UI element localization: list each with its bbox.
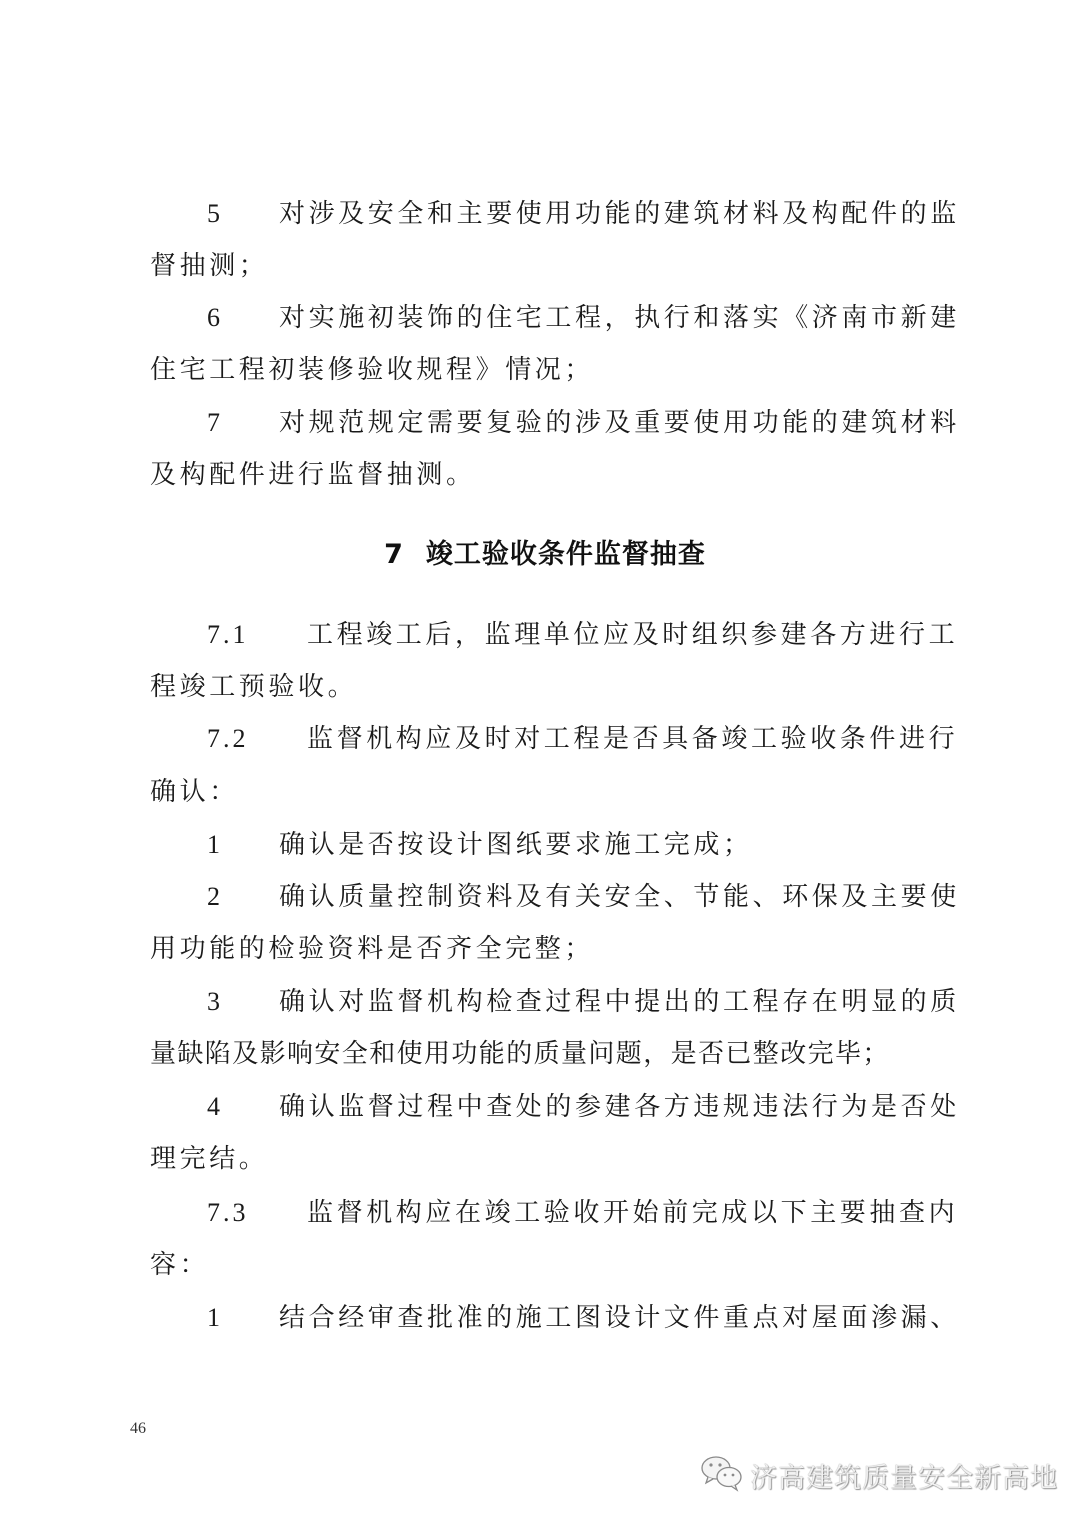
list-item-5-continuation: 督抽测；	[150, 246, 940, 286]
list-item-2-continuation: 用功能的检验资料是否齐全完整；	[150, 929, 940, 969]
item-text: 确认质量控制资料及有关安全、节能、环保及主要使	[279, 882, 960, 912]
item-number: 7	[207, 403, 279, 443]
clause-text: 确认：	[150, 777, 239, 807]
list-item-7-continuation: 及构配件进行监督抽测。	[150, 455, 940, 495]
section-title: 竣工验收条件监督抽查	[426, 539, 706, 570]
list-item-3-continuation: 量缺陷及影响安全和使用功能的质量问题，是否已整改完毕；	[150, 1034, 940, 1074]
list-item-1b: 1结合经审查批准的施工图设计文件重点对屋面渗漏、	[150, 1298, 940, 1338]
clause-7-1: 7.1工程竣工后，监理单位应及时组织参建各方进行工	[150, 615, 940, 655]
item-text: 用功能的检验资料是否齐全完整；	[150, 934, 594, 964]
item-text: 确认对监督机构检查过程中提出的工程存在明显的质	[279, 987, 960, 1017]
clause-text: 监督机构应及时对工程是否具备竣工验收条件进行	[307, 724, 958, 754]
list-item-1: 1确认是否按设计图纸要求施工完成；	[150, 825, 940, 865]
clause-number: 7.2	[207, 719, 307, 759]
item-text: 量缺陷及影响安全和使用功能的质量问题，是否已整改完毕；	[150, 1039, 890, 1069]
clause-text: 监督机构应在竣工验收开始前完成以下主要抽查内	[307, 1198, 958, 1228]
section-heading: 7竣工验收条件监督抽查	[150, 535, 940, 575]
item-text: 及构配件进行监督抽测。	[150, 460, 476, 490]
clause-number: 7.3	[207, 1193, 307, 1233]
clause-text: 容：	[150, 1250, 209, 1280]
clause-text: 程竣工预验收。	[150, 672, 357, 702]
section-number: 7	[384, 539, 404, 570]
page-number: 46	[130, 1420, 146, 1438]
item-text: 对涉及安全和主要使用功能的建筑材料及构配件的监	[279, 199, 960, 229]
item-number: 1	[207, 825, 279, 865]
clause-number: 7.1	[207, 615, 307, 655]
clause-text: 工程竣工后，监理单位应及时组织参建各方进行工	[307, 620, 958, 650]
clause-7-3-continuation: 容：	[150, 1245, 940, 1285]
clause-7-3: 7.3监督机构应在竣工验收开始前完成以下主要抽查内	[150, 1193, 940, 1233]
clause-7-2: 7.2监督机构应及时对工程是否具备竣工验收条件进行	[150, 719, 940, 759]
item-text: 理完结。	[150, 1144, 268, 1174]
list-item-5: 5对涉及安全和主要使用功能的建筑材料及构配件的监	[150, 194, 940, 234]
watermark-text: 济高建筑质量安全新高地	[750, 1456, 1058, 1495]
item-number: 4	[207, 1087, 279, 1127]
clause-7-2-continuation: 确认：	[150, 772, 940, 812]
item-number: 5	[207, 194, 279, 234]
item-number: 2	[207, 877, 279, 917]
item-number: 3	[207, 982, 279, 1022]
watermark: 济高建筑质量安全新高地	[700, 1453, 1058, 1497]
clause-7-1-continuation: 程竣工预验收。	[150, 667, 940, 707]
item-text: 对规范规定需要复验的涉及重要使用功能的建筑材料	[279, 408, 960, 438]
item-number: 6	[207, 298, 279, 338]
item-text: 对实施初装饰的住宅工程，执行和落实《济南市新建	[279, 303, 960, 333]
item-text: 督抽测；	[150, 251, 268, 281]
list-item-3: 3确认对监督机构检查过程中提出的工程存在明显的质	[150, 982, 940, 1022]
list-item-7: 7对规范规定需要复验的涉及重要使用功能的建筑材料	[150, 403, 940, 443]
list-item-6: 6对实施初装饰的住宅工程，执行和落实《济南市新建	[150, 298, 940, 338]
document-page: 5对涉及安全和主要使用功能的建筑材料及构配件的监 督抽测； 6对实施初装饰的住宅…	[0, 0, 1080, 1527]
list-item-4: 4确认监督过程中查处的参建各方违规违法行为是否处	[150, 1087, 940, 1127]
list-item-2: 2确认质量控制资料及有关安全、节能、环保及主要使	[150, 877, 940, 917]
list-item-4-continuation: 理完结。	[150, 1139, 940, 1179]
item-text: 确认是否按设计图纸要求施工完成；	[279, 830, 753, 860]
wechat-icon	[700, 1453, 744, 1497]
item-text: 结合经审查批准的施工图设计文件重点对屋面渗漏、	[279, 1303, 960, 1333]
item-text: 住宅工程初装修验收规程》情况；	[150, 355, 594, 385]
item-number: 1	[207, 1298, 279, 1338]
list-item-6-continuation: 住宅工程初装修验收规程》情况；	[150, 350, 940, 390]
item-text: 确认监督过程中查处的参建各方违规违法行为是否处	[279, 1092, 960, 1122]
